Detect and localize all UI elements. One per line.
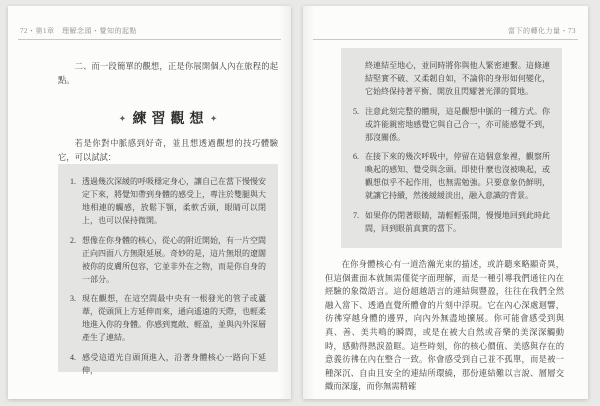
- body-paragraph: 在你身體核心有一道浩瀚光束的描述，或許聽來略顯奇異，但這個畫面本就無需僅從字面理…: [325, 258, 564, 394]
- section-title-text: 練習觀想: [133, 112, 209, 127]
- list-item-text: 在接下來的幾次呼吸中，停留在這個意象裡，觀察所喚起的感知、覺受與念頭。即使什麼也…: [365, 150, 550, 202]
- list-item-5: 5. 注意此刻完整的體現，這是觀想中脈的一種方式。你或許能親密地感覺它與自己合一…: [353, 105, 550, 144]
- left-running-header: 72・第1章 理解念頭・覺知的起點: [20, 27, 137, 35]
- list-item-7: 7. 如果你仍閉著眼睛，請輕輕張開，慢慢地回到此時此間，回到眼前真實的當下。: [353, 209, 550, 235]
- list-item-4-continuation: 終連結至地心，並同時將你與他人緊密連繫。這條連結堅實不破、又柔韌自如，不論你的身…: [353, 59, 550, 98]
- list-item-text: 感受這道光自頭頂進入，沿著身體核心一路向下延伸，: [82, 351, 266, 377]
- exercise-box-right: 終連結至地心，並同時將你與他人緊密連繫。這條連結堅實不破、又柔韌自如，不論你的身…: [341, 48, 562, 248]
- intro-line: 二、而一段簡單的觀想，正是你展開個人內在旅程的起點。: [58, 60, 278, 88]
- exercise-box-left: 1. 透過幾次深緩的呼吸穩定身心，讓自己在當下慢慢安定下來，將覺知帶到身體的感受…: [58, 164, 278, 372]
- list-item-text: 現在觀想，在這空間最中央有一根發光的管子或蘆葦，從頭頂上方延伸而來，通向遙遠的天…: [82, 292, 266, 344]
- right-page: 當下的轉化力量・73 終連結至地心，並同時將你與他人緊密連繫。這條連結堅實不破、…: [303, 6, 588, 399]
- lead-paragraph: 若是你對中脈感到好奇，並且想透過觀想的技巧體驗它，可以試試：: [58, 137, 278, 165]
- book-spread: 72・第1章 理解念頭・覺知的起點 二、而一段簡單的觀想，正是你展開個人內在旅程…: [0, 0, 600, 406]
- list-item-number: 1.: [70, 175, 82, 227]
- left-header-rule: [18, 39, 281, 40]
- list-item-text: 注意此刻完整的體現，這是觀想中脈的一種方式。你或許能親密地感覺它與自己合一，亦可…: [365, 105, 550, 144]
- left-page: 72・第1章 理解念頭・覺知的起點 二、而一段簡單的觀想，正是你展開個人內在旅程…: [8, 6, 291, 399]
- list-item-text: 想像在你身體的核心，從心的附近開始，有一片空間正向四面八方無限延展。奇妙的是，這…: [82, 234, 266, 286]
- list-item-number: 7.: [353, 209, 365, 235]
- list-item-text: 如果你仍閉著眼睛，請輕輕張開，慢慢地回到此時此間，回到眼前真實的當下。: [365, 209, 550, 235]
- ornament-left-icon: ✦: [119, 114, 125, 123]
- section-title: ✦練習觀想✦: [58, 108, 278, 128]
- list-item-number: 4.: [70, 351, 82, 377]
- list-item-number: 3.: [70, 292, 82, 344]
- list-item-text: 透過幾次深緩的呼吸穩定身心，讓自己在當下慢慢安定下來，將覺知帶到身體的感受上，專…: [82, 175, 266, 227]
- list-item-4: 4. 感受這道光自頭頂進入，沿著身體核心一路向下延伸，: [70, 351, 266, 377]
- ornament-right-icon: ✦: [211, 114, 217, 123]
- list-item-6: 6. 在接下來的幾次呼吸中，停留在這個意象裡，觀察所喚起的感知、覺受與念頭。即使…: [353, 150, 550, 202]
- list-item-number: 6.: [353, 150, 365, 202]
- list-item-number: 5.: [353, 105, 365, 144]
- right-running-header: 當下的轉化力量・73: [508, 27, 576, 35]
- list-item-2: 2. 想像在你身體的核心，從心的附近開始，有一片空間正向四面八方無限延展。奇妙的…: [70, 234, 266, 286]
- right-header-rule: [313, 39, 578, 40]
- list-item-3: 3. 現在觀想，在這空間最中央有一根發光的管子或蘆葦，從頭頂上方延伸而來，通向遙…: [70, 292, 266, 344]
- list-item-number: 2.: [70, 234, 82, 286]
- list-item-1: 1. 透過幾次深緩的呼吸穩定身心，讓自己在當下慢慢安定下來，將覺知帶到身體的感受…: [70, 175, 266, 227]
